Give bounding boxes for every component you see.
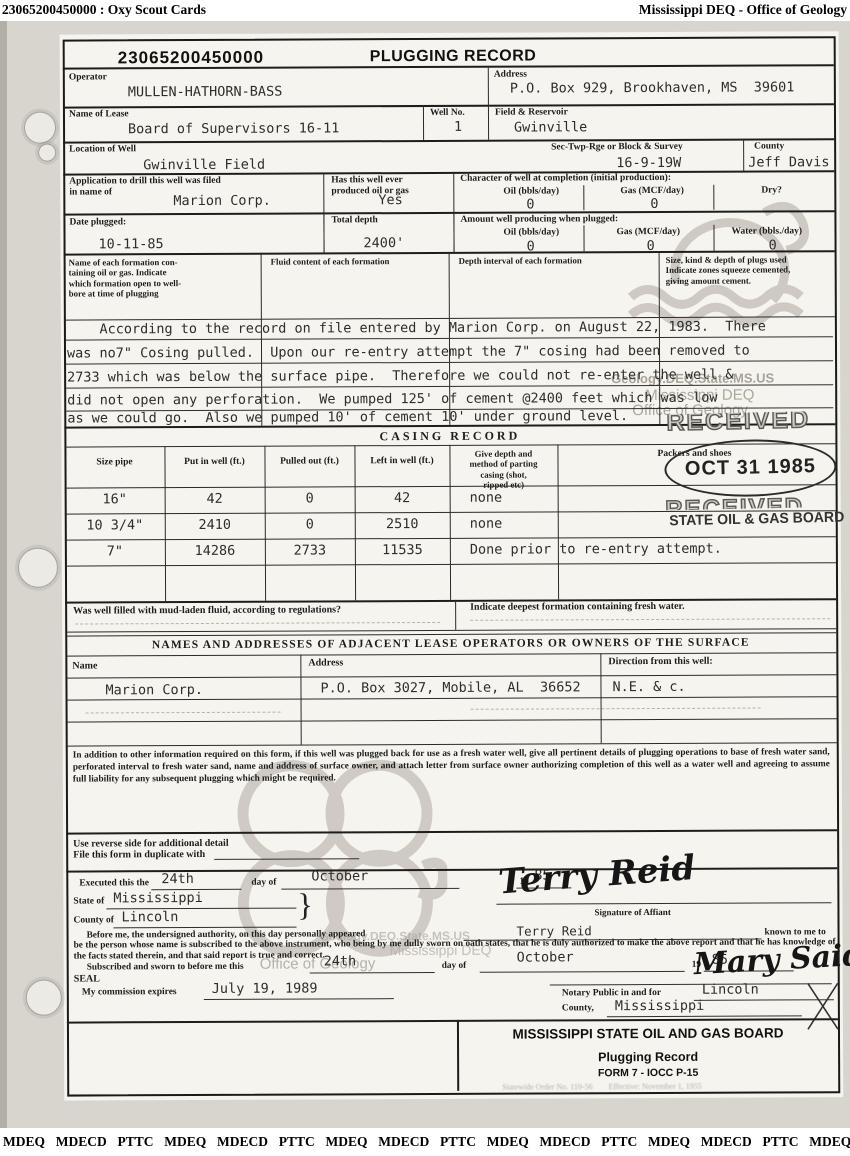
viewer-footer: MDEQ MDECD PTTC MDEQ MDECD PTTC MDEQ MDE…	[0, 1128, 850, 1156]
stamp-fragment-text: RECEIVED	[666, 411, 834, 436]
state-value: Mississippi	[113, 891, 202, 906]
field-reservoir-label: Field & Reservoir	[495, 107, 568, 119]
reverse-side-line2: File this form in duplicate with	[73, 849, 205, 861]
address-value: P.O. Box 929, Brookhaven, MS 39601	[510, 80, 795, 96]
stamp-fragment-top: RECEIVED	[666, 411, 834, 439]
casing-row-size: 7"	[67, 544, 163, 559]
casing-header-put-in: Put in well (ft.)	[166, 457, 262, 469]
mud-fluid-label: Was well filled with mud-laden fluid, ac…	[73, 604, 445, 617]
fresh-water-label: Indicate deepest formation containing fr…	[470, 600, 822, 613]
viewer-footer-text: MDEQ MDECD PTTC MDEQ MDECD PTTC MDEQ MDE…	[3, 1134, 850, 1150]
executed-prefix: Executed this the	[79, 878, 149, 890]
casing-row-put-in: 42	[167, 492, 263, 507]
casing-row-put-in: 14286	[167, 544, 263, 559]
amount-water-label: Water (bbls./day)	[731, 226, 802, 238]
casing-row-left-in: 42	[357, 491, 448, 506]
executed-month: October	[311, 869, 368, 884]
fresh-water-note: In addition to other information require…	[73, 747, 830, 786]
subscribed-day-of: day of	[442, 961, 467, 972]
amount-producing-label: Amount well producing when plugged:	[460, 214, 618, 226]
subscribed-month: October	[517, 950, 574, 965]
casing-row-size: 16"	[67, 492, 163, 507]
commission-label: My commission expires	[82, 987, 177, 999]
scanned-document-page: 23065200450000 : Oxy Scout Cards Mississ…	[0, 0, 850, 1156]
operator-label: Operator	[69, 72, 107, 83]
notary-county-label: County,	[562, 1003, 594, 1014]
location-label: Location of Well	[69, 144, 136, 155]
notary-state-value: Mississippi	[615, 999, 704, 1014]
casing-row-parting: none	[470, 517, 503, 532]
notes-line-3: 2733 which was below the surface pipe. T…	[67, 368, 734, 386]
appeared-name: Terry Reid	[517, 924, 592, 938]
formation-depth-header: Depth interval of each formation	[459, 255, 655, 266]
sec-twp-rge-value: 16-9-19W	[616, 156, 681, 171]
dry-label: Dry?	[761, 185, 782, 196]
casing-header-left-in: Left in well (ft.)	[356, 456, 447, 468]
total-depth-label: Total depth	[331, 215, 377, 226]
subscribed-day: 24th	[324, 954, 357, 969]
total-depth-value: 2400'	[364, 236, 405, 251]
adjacent-name-header: Name	[72, 660, 97, 672]
amount-gas-label: Gas (MCF/day)	[616, 227, 680, 238]
formation-plugs-header: Size, kind & depth of plugs used Indicat…	[666, 254, 834, 286]
stamp-fragment-text: RECEIVED	[665, 495, 833, 511]
casing-header-pulled-out: Pulled out (ft.)	[266, 456, 352, 468]
adjacent-row-direction: N.E. & c.	[612, 680, 685, 695]
casing-row-pulled-out: 2733	[267, 543, 353, 558]
commission-date: July 19, 1989	[212, 981, 318, 996]
date-plugged-label: Date plugged:	[69, 217, 126, 228]
character-label: Character of well at completion (initial…	[460, 172, 832, 185]
casing-row-size: 10 3/4"	[67, 518, 163, 533]
adjacent-address-header: Address	[308, 657, 343, 669]
casing-header-size: Size pipe	[66, 457, 162, 469]
formation-name-header: Name of each formation con- taining oil …	[69, 257, 257, 299]
board-name: MISSISSIPPI STATE OIL AND GAS BOARD	[459, 1025, 837, 1042]
casing-row-parting: none	[470, 491, 503, 506]
received-date-stamp: RECEIVED OCT 31 1985 RECEIVED STATE OIL …	[658, 411, 841, 537]
brace: }	[297, 886, 313, 923]
casing-row-left-in: 2510	[357, 517, 448, 532]
stamp-fragment-bottom: RECEIVED	[665, 495, 833, 511]
subscribed-prefix: Subscribed and sworn to before me this	[87, 962, 244, 974]
stamp-board-text: STATE OIL & GAS BOARD	[669, 510, 844, 530]
casing-row-pulled-out: 0	[267, 517, 353, 532]
county-value: Lincoln	[121, 910, 178, 925]
hole-punch	[18, 548, 58, 588]
formation-fluid-header: Fluid content of each formation	[271, 256, 443, 267]
board-form-name: Plugging Record	[459, 1049, 837, 1065]
casing-row-pulled-out: 0	[267, 491, 353, 506]
notes-line-2: was no7" Cosing pulled. Upon our re-entr…	[67, 344, 750, 362]
api-number: 23065200450000	[118, 48, 264, 69]
casing-row-put-in: 2410	[167, 518, 263, 533]
county-label: County	[754, 141, 784, 152]
address-label: Address	[494, 70, 527, 81]
application-value: Marion Corp.	[173, 194, 271, 209]
stamp-date-text: OCT 31 1985	[685, 455, 817, 481]
board-form-number: FORM 7 - IOCC P-15	[459, 1066, 837, 1080]
form-title: PLUGGING RECORD	[370, 48, 537, 67]
state-of-label: State of	[73, 896, 104, 907]
executed-day-of: day of	[251, 878, 276, 889]
character-oil-value: 0	[526, 198, 534, 213]
amount-oil-label: Oil (bbls/day)	[503, 227, 559, 238]
county-value: Jeff Davis	[748, 155, 829, 170]
hole-punch	[24, 112, 56, 144]
well-no-label: Well No.	[430, 108, 465, 119]
operator-value: MULLEN-HATHORN-BASS	[128, 85, 283, 101]
executed-day: 24th	[161, 872, 194, 887]
notes-line-1: According to the record on file entered …	[67, 320, 766, 338]
sec-twp-rge-label: Sec-Twp-Rge or Block & Survey	[551, 142, 683, 154]
character-gas-value: 0	[650, 197, 658, 212]
casing-header-parting: Give depth and method of parting casing …	[451, 448, 555, 490]
casing-row-left-in: 11535	[357, 543, 448, 558]
form-layer: Geology.DEQ.State.MS.US Mississippi DEQ …	[0, 0, 850, 1156]
hole-punch	[26, 980, 62, 1016]
adjacent-row-name: Marion Corp.	[105, 683, 203, 698]
adjacent-row-address: P.O. Box 3027, Mobile, AL 36652	[320, 680, 580, 696]
date-plugged-value: 10-11-85	[99, 237, 164, 252]
lease-label: Name of Lease	[69, 109, 129, 120]
notary-county-value: Lincoln	[702, 983, 759, 998]
county-of-label: County of	[73, 915, 113, 926]
x-mark	[806, 981, 840, 1031]
fine-print: Statewide Order No. 110-56 Effective: No…	[502, 1081, 832, 1091]
notes-line-4: did not open any perforation. We pumped …	[67, 391, 717, 409]
seal-label: SEAL	[74, 973, 100, 985]
location-value: Gwinville Field	[143, 158, 265, 173]
signature-of-affiant-label: Signature of Affiant	[594, 907, 670, 918]
stamp-date-oval: OCT 31 1985	[664, 438, 837, 499]
adjacent-direction-header: Direction from this well:	[608, 656, 712, 668]
field-reservoir-value: Gwinville	[514, 120, 587, 135]
well-no-value: 1	[454, 120, 462, 135]
lease-value: Board of Supervisors 16-11	[128, 121, 339, 137]
hole-punch	[38, 144, 56, 162]
produced-value: Yes	[378, 193, 402, 208]
casing-row-parting: Done prior to re-entry attempt.	[470, 542, 722, 558]
